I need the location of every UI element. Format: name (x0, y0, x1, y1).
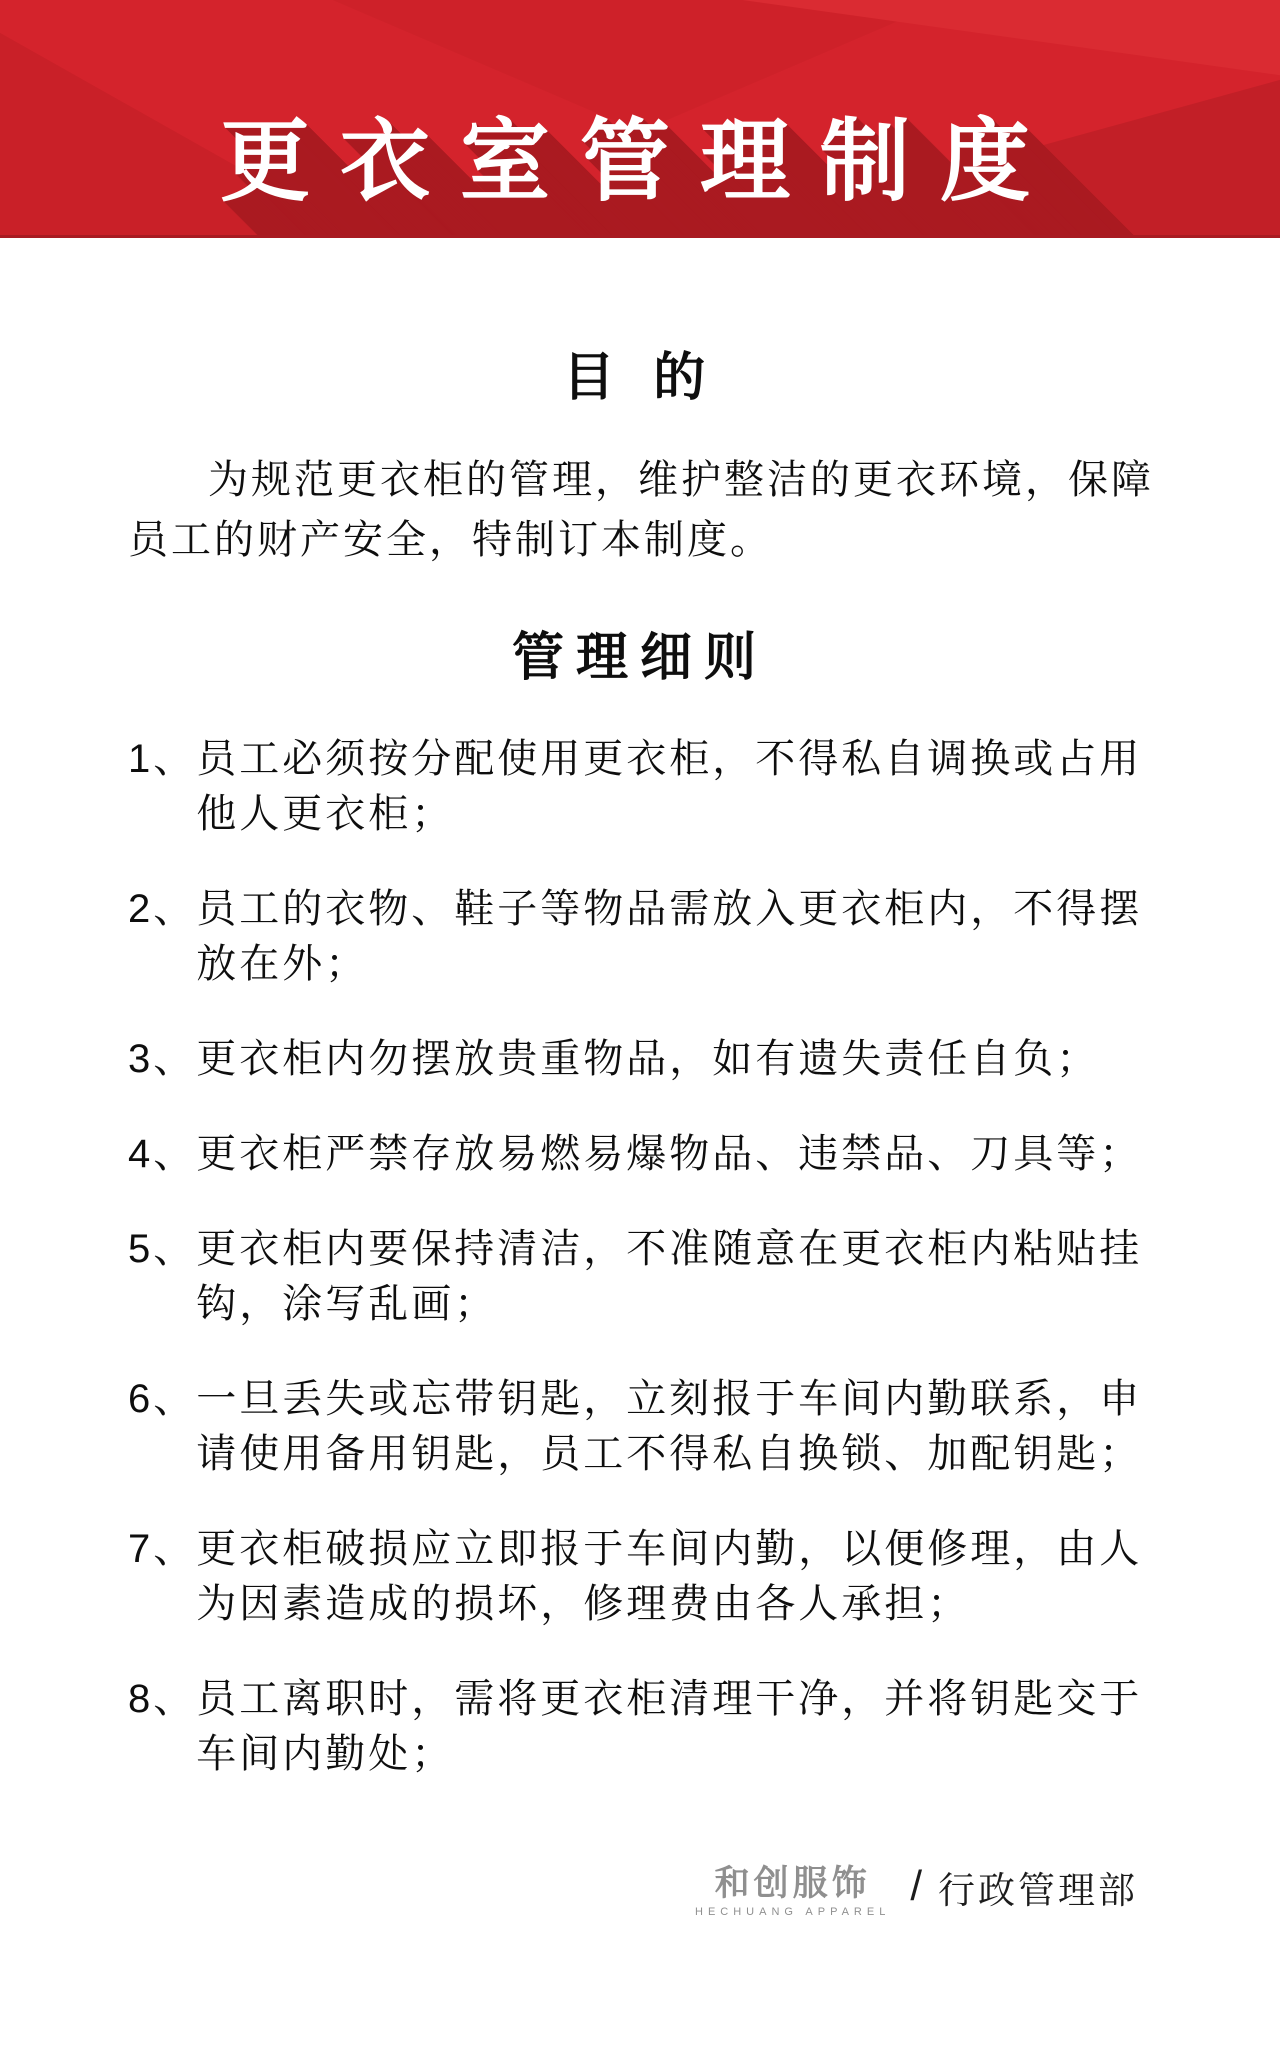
rule-item-3: 3、 更衣柜内勿摆放贵重物品，如有遗失责任自负； (128, 1032, 1152, 1087)
rule-number: 2、 (128, 882, 196, 992)
rule-text: 更衣柜破损应立即报于车间内勤，以便修理，由人为因素造成的损坏，修理费由各人承担； (196, 1522, 1152, 1632)
rule-number: 5、 (128, 1222, 196, 1332)
rules-heading: 管理细则 (0, 632, 1280, 684)
rule-text: 员工的衣物、鞋子等物品需放入更衣柜内，不得摆放在外； (196, 882, 1152, 992)
rule-item-2: 2、 员工的衣物、鞋子等物品需放入更衣柜内，不得摆放在外； (128, 882, 1152, 992)
rule-text: 更衣柜严禁存放易燃易爆物品、违禁品、刀具等； (196, 1127, 1152, 1182)
rules-list: 1、 员工必须按分配使用更衣柜，不得私自调换或占用他人更衣柜； 2、 员工的衣物… (128, 732, 1152, 1782)
rule-item-1: 1、 员工必须按分配使用更衣柜，不得私自调换或占用他人更衣柜； (128, 732, 1152, 842)
rule-number: 6、 (128, 1372, 196, 1482)
department-label: 行政管理部 (938, 1860, 1138, 1914)
rule-number: 4、 (128, 1127, 196, 1182)
rule-text: 更衣柜内要保持清洁，不准随意在更衣柜内粘贴挂钩，涂写乱画； (196, 1222, 1152, 1332)
rule-item-5: 5、 更衣柜内要保持清洁，不准随意在更衣柜内粘贴挂钩，涂写乱画； (128, 1222, 1152, 1332)
rule-number: 8、 (128, 1672, 196, 1782)
company-logo: 和创服饰 HECHUANG APPAREL (695, 1866, 890, 1918)
rule-item-7: 7、 更衣柜破损应立即报于车间内勤，以便修理，由人为因素造成的损坏，修理费由各人… (128, 1522, 1152, 1632)
rule-item-4: 4、 更衣柜严禁存放易燃易爆物品、违禁品、刀具等； (128, 1127, 1152, 1182)
logo-en-text: HECHUANG APPAREL (695, 1906, 890, 1918)
rule-number: 3、 (128, 1032, 196, 1087)
rule-number: 1、 (128, 732, 196, 842)
purpose-body: 为规范更衣柜的管理，维护整洁的更衣环境，保障员工的财产安全，特制订本制度。 (128, 450, 1158, 570)
rule-text: 员工必须按分配使用更衣柜，不得私自调换或占用他人更衣柜； (196, 732, 1152, 842)
poster-page: 更衣室管理制度 目 的 为规范更衣柜的管理，维护整洁的更衣环境，保障员工的财产安… (0, 0, 1280, 2048)
rule-text: 更衣柜内勿摆放贵重物品，如有遗失责任自负； (196, 1032, 1152, 1087)
footer-separator: / (910, 1862, 922, 1910)
purpose-heading: 目 的 (0, 352, 1280, 404)
rule-item-6: 6、 一旦丢失或忘带钥匙，立刻报于车间内勤联系，申请使用备用钥匙，员工不得私自换… (128, 1372, 1152, 1482)
banner: 更衣室管理制度 (0, 0, 1280, 238)
rule-text: 员工离职时，需将更衣柜清理干净，并将钥匙交于车间内勤处； (196, 1672, 1152, 1782)
page-title: 更衣室管理制度 (0, 0, 1280, 218)
rule-item-8: 8、 员工离职时，需将更衣柜清理干净，并将钥匙交于车间内勤处； (128, 1672, 1152, 1782)
logo-cn-text: 和创服饰 (715, 1866, 871, 1903)
rule-number: 7、 (128, 1522, 196, 1632)
footer: 和创服饰 HECHUANG APPAREL / 行政管理部 (0, 1860, 1280, 1924)
rule-text: 一旦丢失或忘带钥匙，立刻报于车间内勤联系，申请使用备用钥匙，员工不得私自换锁、加… (196, 1372, 1152, 1482)
